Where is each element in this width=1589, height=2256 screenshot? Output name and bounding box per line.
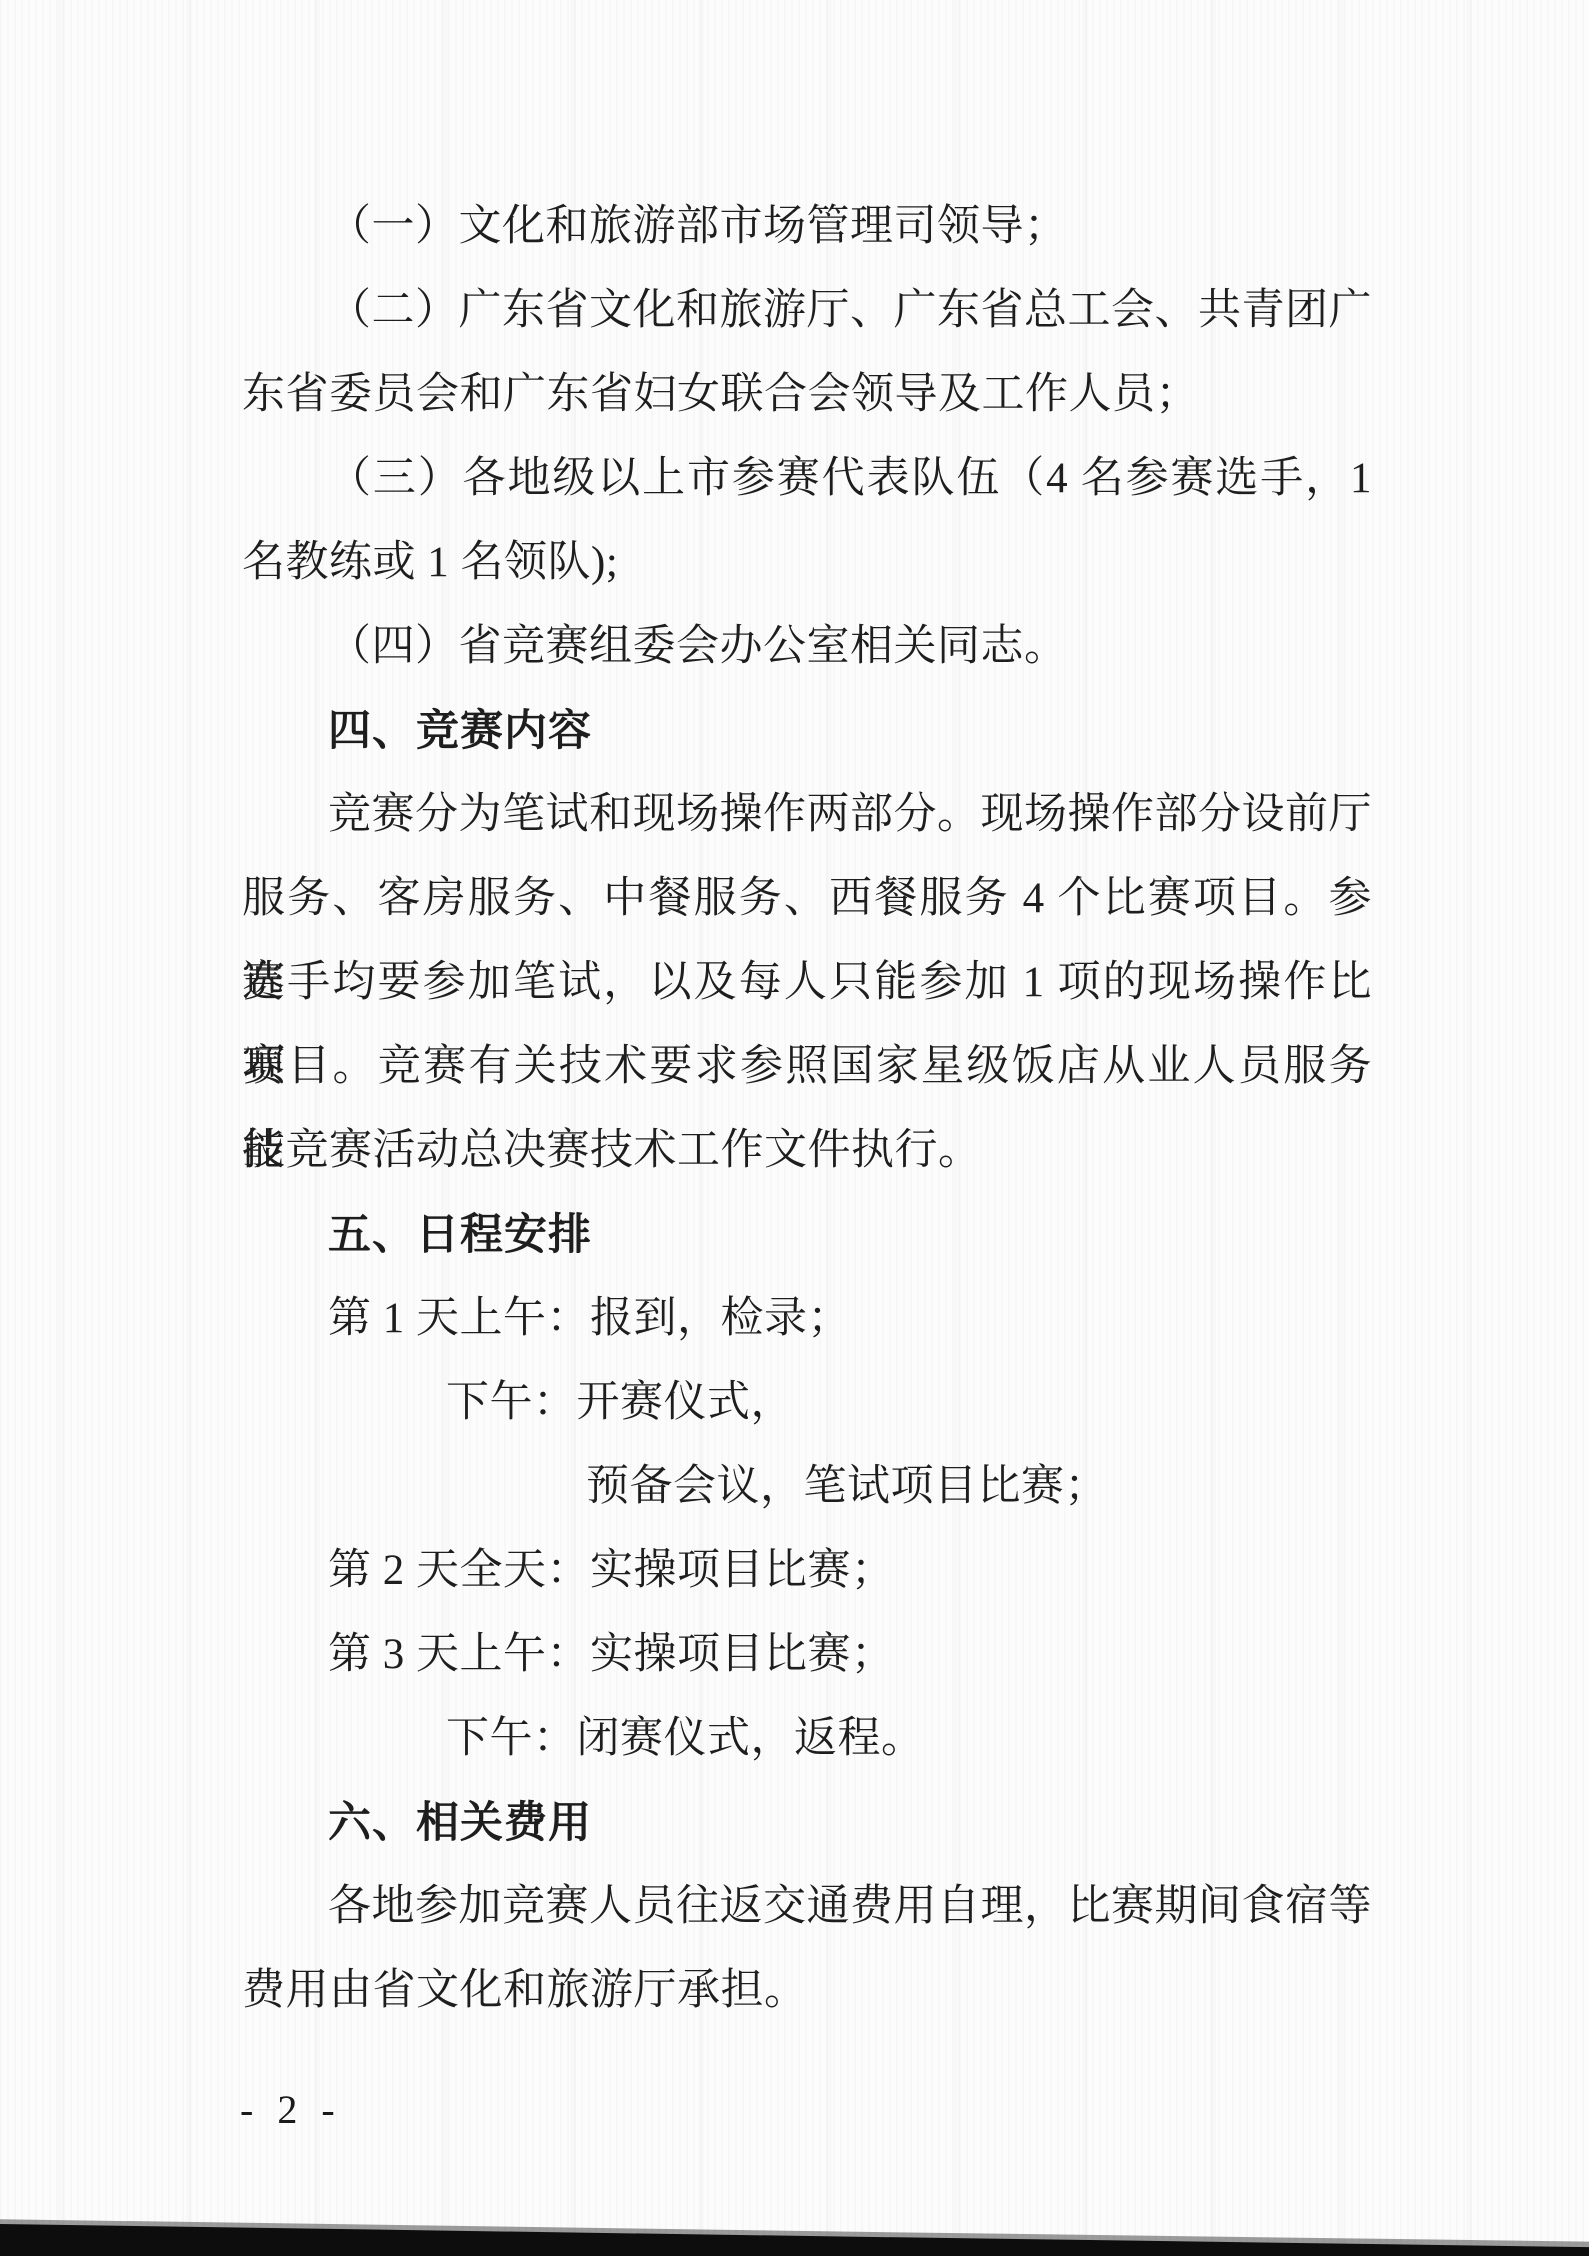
paragraph-line: 项目。竞赛有关技术要求参照国家星级饭店从业人员服务技 [242,1025,1372,1109]
page-number: - 2 - [240,2088,342,2132]
paragraph-line: 能竞赛活动总决赛技术工作文件执行。 [242,1109,1372,1193]
document-body: （一）文化和旅游部市场管理司领导； （二）广东省文化和旅游厅、广东省总工会、共青… [242,185,1372,2033]
schedule-day-2: 第 2 天全天：实操项目比赛； [242,1529,1372,1613]
clause-item-2: （二）广东省文化和旅游厅、广东省总工会、共青团广 [242,269,1372,353]
paragraph-line: 各地参加竞赛人员往返交通费用自理，比赛期间食宿等 [242,1865,1372,1949]
paragraph-line: 费用由省文化和旅游厅承担。 [242,1949,1372,2033]
scanned-document-page: （一）文化和旅游部市场管理司领导； （二）广东省文化和旅游厅、广东省总工会、共青… [0,0,1589,2256]
paragraph-line: 竞赛分为笔试和现场操作两部分。现场操作部分设前厅 [242,773,1372,857]
schedule-day-3-pm: 下午：闭赛仪式，返程。 [242,1697,1372,1781]
schedule-day-1: 第 1 天上午：报到，检录； [242,1277,1372,1361]
section-heading-5: 五、日程安排 [242,1193,1372,1277]
clause-item-3: （三）各地级以上市参赛代表队伍（4 名参赛选手，1 [242,437,1372,521]
paragraph-line: 服务、客房服务、中餐服务、西餐服务 4 个比赛项目。参赛 [242,857,1372,941]
clause-item-4: （四）省竞赛组委会办公室相关同志。 [242,605,1372,689]
schedule-day-1-pm: 下午：开赛仪式， [242,1361,1372,1445]
schedule-day-3: 第 3 天上午：实操项目比赛； [242,1613,1372,1697]
paragraph-line: 选手均要参加笔试，以及每人只能参加 1 项的现场操作比赛 [242,941,1372,1025]
clause-item-2-cont: 东省委员会和广东省妇女联合会领导及工作人员； [242,353,1372,437]
clause-item-1: （一）文化和旅游部市场管理司领导； [242,185,1372,269]
section-heading-6: 六、相关费用 [242,1781,1372,1865]
section-heading-4: 四、竞赛内容 [242,689,1372,773]
clause-item-3-cont: 名教练或 1 名领队); [242,521,1372,605]
schedule-day-1-pm-cont: 预备会议，笔试项目比赛； [242,1445,1372,1529]
